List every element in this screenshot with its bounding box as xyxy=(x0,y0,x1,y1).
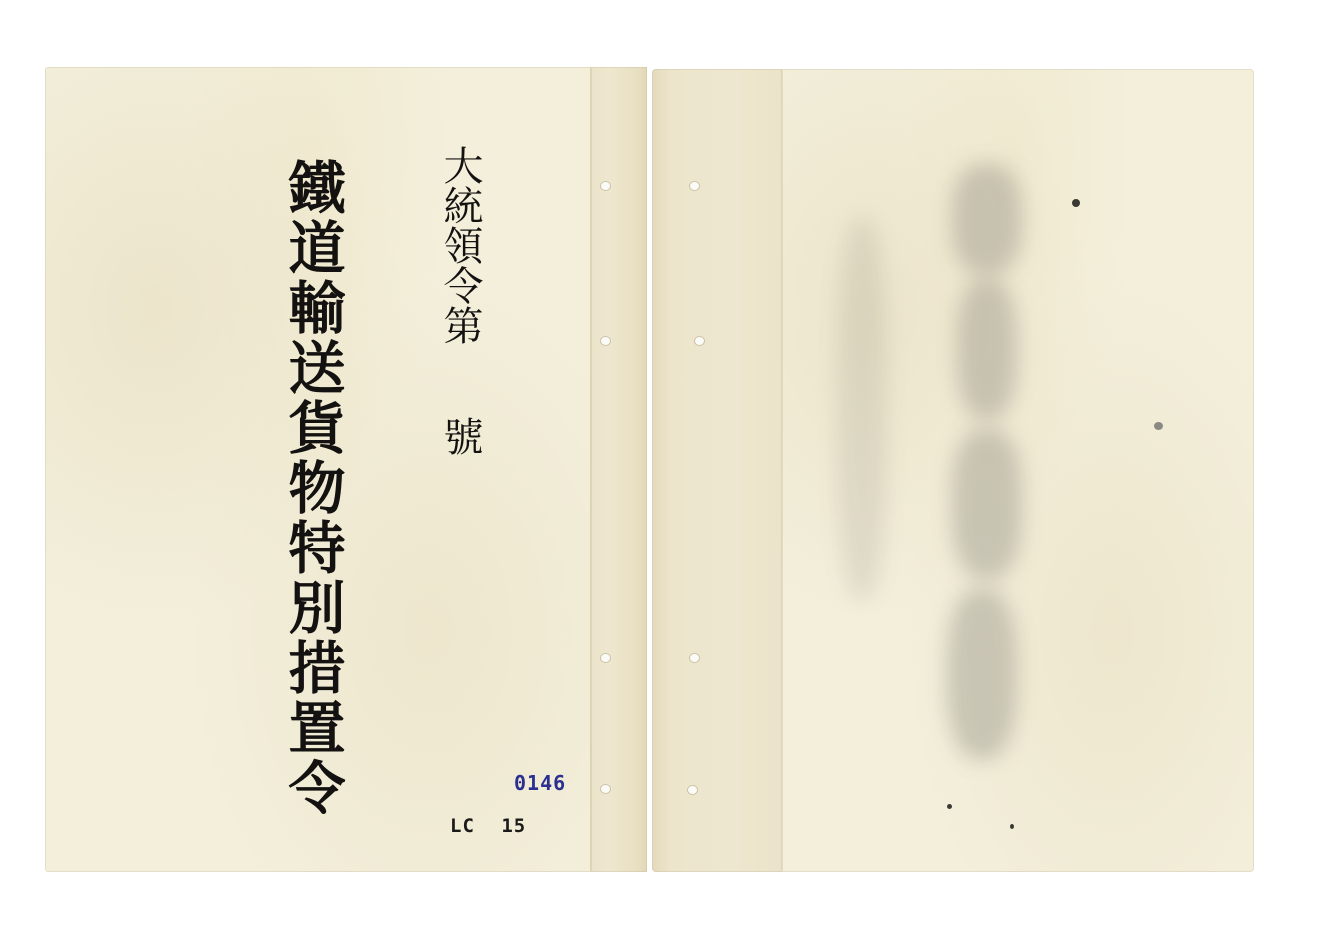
binding-hole xyxy=(601,337,610,345)
binding-hole xyxy=(690,182,699,190)
serial-number-stamp: 0146 xyxy=(514,771,566,795)
left-binding-strip xyxy=(590,67,647,872)
binding-hole xyxy=(690,654,699,662)
binding-hole xyxy=(601,785,610,793)
paper-speck xyxy=(1072,199,1080,207)
right-page xyxy=(782,69,1254,872)
binding-hole xyxy=(695,337,704,345)
decree-number-suffix: 號 xyxy=(432,416,488,456)
paper-speck xyxy=(1154,422,1163,430)
binding-hole xyxy=(601,654,610,662)
ink-bleed xyxy=(837,219,887,599)
ink-bleed xyxy=(952,429,1022,579)
right-binding-strip xyxy=(652,69,783,872)
ink-bleed xyxy=(957,279,1017,419)
paper-speck xyxy=(1010,824,1014,829)
paper-speck xyxy=(947,804,952,809)
binding-hole xyxy=(688,786,697,794)
decree-number-prefix: 大統領令第 xyxy=(432,145,488,345)
ink-bleed xyxy=(952,164,1022,274)
binding-hole xyxy=(601,182,610,190)
document-title: 鐵道輸送貨物特別措置令 xyxy=(272,158,352,818)
ink-bleed xyxy=(947,589,1017,759)
archive-code-stamp: LC 15 xyxy=(450,815,526,837)
